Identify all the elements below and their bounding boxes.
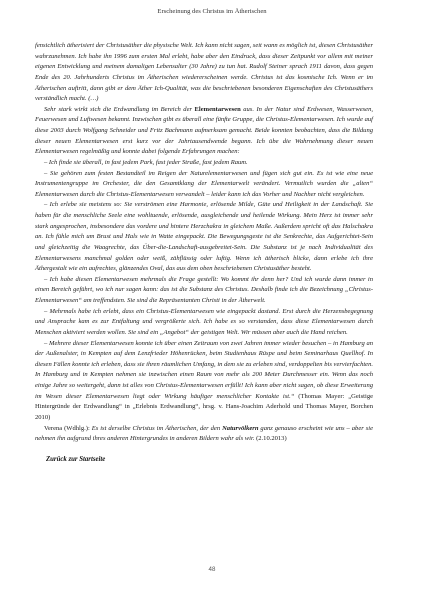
list-item-harmonie: – Ich erlebe sie meistens so: Sie verstr…	[35, 200, 373, 274]
list-item-eingepackt: – Mehrmals habe ich erlebt, dass ein Chr…	[35, 307, 373, 339]
document-body: fensichtlich ätherisiert der Christusäth…	[35, 41, 373, 466]
list-item-frage: – Ich habe diesen Elementarwesen mehrmal…	[35, 275, 373, 307]
page-number: 48	[0, 566, 424, 573]
paragraph-verena: Verena (Wdhlg.): Es ist derselbe Christu…	[35, 424, 373, 445]
bold-term-elementarwesen: Elementarwesen	[195, 106, 241, 113]
speaker-label: Verena (Wdhlg.):	[44, 425, 92, 432]
running-header: Erscheinung des Christus im Ätherischen	[0, 8, 424, 15]
list-item-besuche: – Mehrere dieser Elementarwesen konnte i…	[35, 339, 373, 424]
list-item-ueberall: – Ich finde sie überall, in fast jedem P…	[35, 158, 373, 169]
paragraph-christusaether: fensichtlich ätherisiert der Christusäth…	[35, 41, 373, 105]
bold-term-naturvoelker: Naturvölkern	[222, 425, 258, 432]
back-to-start-link[interactable]: Zurück zur Startseite	[46, 455, 373, 466]
date: (2.10.2013)	[254, 435, 286, 442]
paragraph-elementarwesen: Sehr stark wirkt sich die Erdwandlung im…	[35, 105, 373, 158]
list-item-reigen: – Sie gehören zum festen Bestandteil im …	[35, 169, 373, 201]
spacer	[35, 445, 373, 456]
